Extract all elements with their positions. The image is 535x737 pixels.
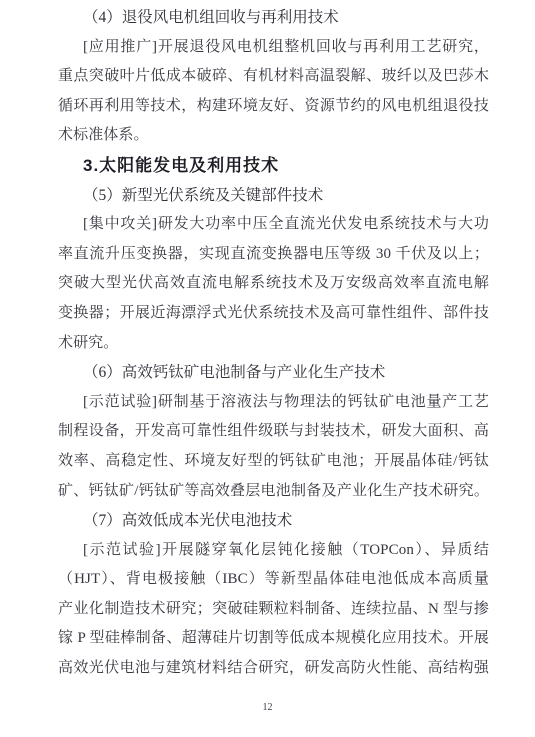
section-heading: （6）高效钙钛矿电池制备与产业化生产技术 [58,358,489,388]
body-line: 高效光伏电池与建筑材料结合研究，研发高防火性能、高结构强 [58,654,489,684]
body-line: 术标准体系。 [58,121,489,151]
body-line: 重点突破叶片低成本破碎、有机材料高温裂解、玻纤以及巴莎木 [58,62,489,92]
body-line: （HJT）、背电极接触（IBC）等新型晶体硅电池低成本高质量 [58,565,489,595]
body-line: 产业化制造技术研究；突破硅颗粒料制备、连续拉晶、N 型与掺 [58,595,489,625]
section-heading: （4）退役风电机组回收与再利用技术 [58,3,489,33]
chapter-heading: 3.太阳能发电及利用技术 [58,151,489,181]
body-line: 循环再利用等技术，构建环境友好、资源节约的风电机组退役技 [58,92,489,122]
body-line: 变换器；开展近海漂浮式光伏系统技术及高可靠性组件、部件技 [58,299,489,329]
body-line: [示范试验]开展隧穿氧化层钝化接触（TOPCon）、异质结 [58,536,489,566]
section-heading: （5）新型光伏系统及关键部件技术 [58,181,489,211]
body-line: 术研究。 [58,329,489,359]
page-number: 12 [0,701,535,715]
document-page: （4）退役风电机组回收与再利用技术[应用推广]开展退役风电机组整机回收与再利用工… [0,0,535,737]
body-line: 效率、高稳定性、环境友好型的钙钛矿电池；开展晶体硅/钙钛 [58,447,489,477]
body-line: [示范试验]研制基于溶液法与物理法的钙钛矿电池量产工艺 [58,388,489,418]
section-heading: （7）高效低成本光伏电池技术 [58,506,489,536]
body-line: 矿、钙钛矿/钙钛矿等高效叠层电池制备及产业化生产技术研究。 [58,477,489,507]
body-line: [应用推广]开展退役风电机组整机回收与再利用工艺研究， [58,33,489,63]
body-line: 率直流升压变换器，实现直流变换器电压等级 30 千伏及以上； [58,240,489,270]
body-line: [集中攻关]研发大功率中压全直流光伏发电系统技术与大功 [58,210,489,240]
body-line: 突破大型光伏高效直流电解系统技术及万安级高效率直流电解 [58,269,489,299]
document-body: （4）退役风电机组回收与再利用技术[应用推广]开展退役风电机组整机回收与再利用工… [58,3,489,684]
body-line: 制程设备，开发高可靠性组件级联与封装技术，研发大面积、高 [58,417,489,447]
body-line: 镓 P 型硅棒制备、超薄硅片切割等低成本规模化应用技术。开展 [58,624,489,654]
